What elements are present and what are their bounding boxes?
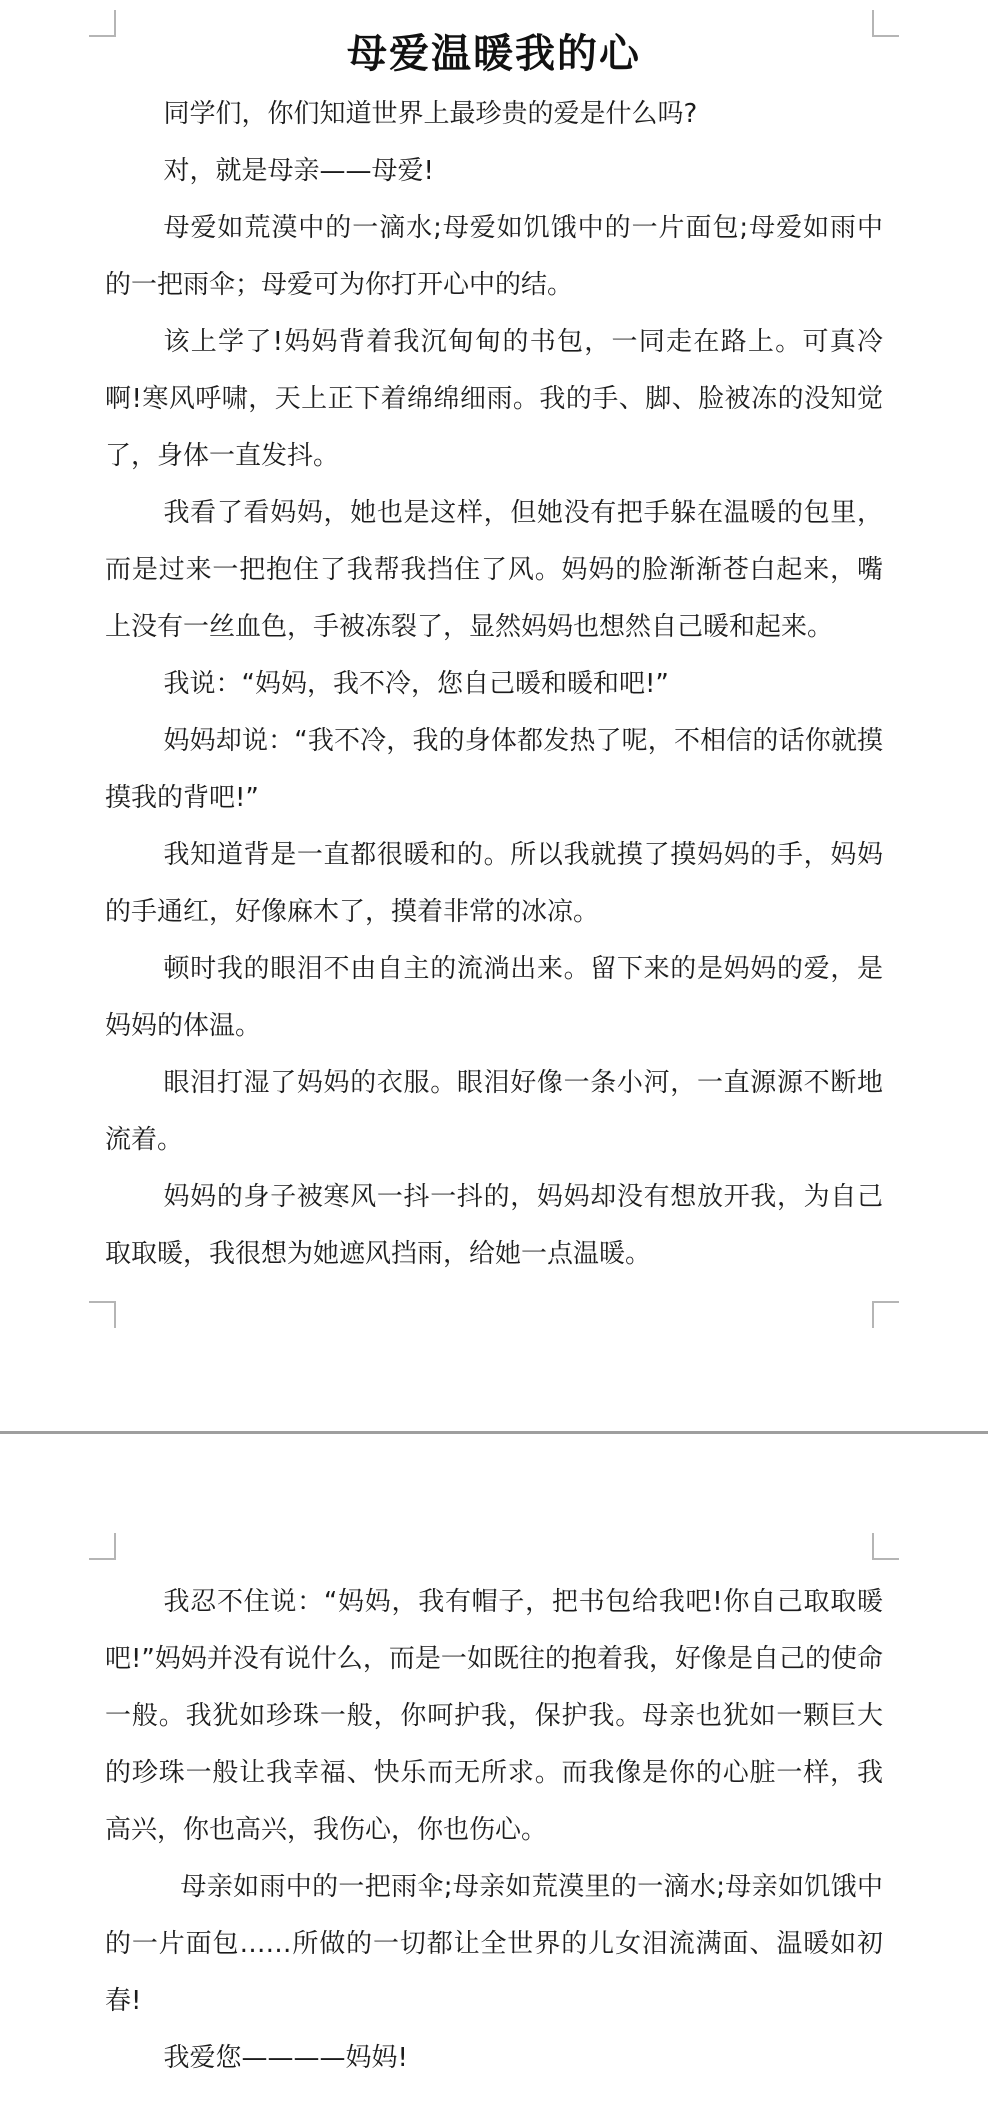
page-1-text-area: 母爱温暖我的心 同学们，你们知道世界上最珍贵的爱是什么吗? 对，就是母亲——母爱… bbox=[105, 28, 883, 1283]
margin-corner-bottom-right-icon bbox=[872, 1301, 899, 1328]
page-1: 母爱温暖我的心 同学们，你们知道世界上最珍贵的爱是什么吗? 对，就是母亲——母爱… bbox=[0, 0, 988, 1431]
document-canvas: 母爱温暖我的心 同学们，你们知道世界上最珍贵的爱是什么吗? 对，就是母亲——母爱… bbox=[0, 0, 988, 2116]
paragraph: 妈妈的身子被寒风一抖一抖的，妈妈却没有想放开我，为自己取取暖，我很想为她遮风挡雨… bbox=[105, 1169, 883, 1283]
paragraph: 我忍不住说：“妈妈，我有帽子，把书包给我吧!你自己取取暖吧!”妈妈并没有说什么，… bbox=[105, 1574, 883, 1859]
paragraph: 母爱如荒漠中的一滴水;母爱如饥饿中的一片面包;母爱如雨中的一把雨伞；母爱可为你打… bbox=[105, 200, 883, 314]
margin-corner-bottom-left-icon bbox=[89, 1301, 116, 1328]
paragraph: 眼泪打湿了妈妈的衣服。眼泪好像一条小河，一直源源不断地流着。 bbox=[105, 1055, 883, 1169]
paragraph: 对，就是母亲——母爱! bbox=[105, 143, 883, 200]
paragraph: 该上学了!妈妈背着我沉甸甸的书包，一同走在路上。可真冷啊!寒风呼啸，天上正下着绵… bbox=[105, 314, 883, 485]
page-2: 我忍不住说：“妈妈，我有帽子，把书包给我吧!你自己取取暖吧!”妈妈并没有说什么，… bbox=[0, 1434, 988, 2116]
paragraph: 我爱您————妈妈! bbox=[105, 2030, 883, 2087]
paragraph: 顿时我的眼泪不由自主的流淌出来。留下来的是妈妈的爱，是妈妈的体温。 bbox=[105, 941, 883, 1055]
margin-corner-top-left-icon bbox=[89, 1533, 116, 1560]
margin-corner-top-right-icon bbox=[872, 1533, 899, 1560]
paragraph: 我看了看妈妈，她也是这样，但她没有把手躲在温暖的包里，而是过来一把抱住了我帮我挡… bbox=[105, 485, 883, 656]
paragraph: 我知道背是一直都很暖和的。所以我就摸了摸妈妈的手，妈妈的手通红，好像麻木了，摸着… bbox=[105, 827, 883, 941]
page-2-text-area: 我忍不住说：“妈妈，我有帽子，把书包给我吧!你自己取取暖吧!”妈妈并没有说什么，… bbox=[105, 1574, 883, 2087]
paragraph: 妈妈却说：“我不冷，我的身体都发热了呢，不相信的话你就摸摸我的背吧!” bbox=[105, 713, 883, 827]
document-title: 母爱温暖我的心 bbox=[105, 28, 883, 80]
paragraph: 我说：“妈妈，我不冷，您自己暖和暖和吧!” bbox=[105, 656, 883, 713]
paragraph: 同学们，你们知道世界上最珍贵的爱是什么吗? bbox=[105, 86, 883, 143]
paragraph: 母亲如雨中的一把雨伞;母亲如荒漠里的一滴水;母亲如饥饿中的一片面包……所做的一切… bbox=[105, 1859, 883, 2030]
